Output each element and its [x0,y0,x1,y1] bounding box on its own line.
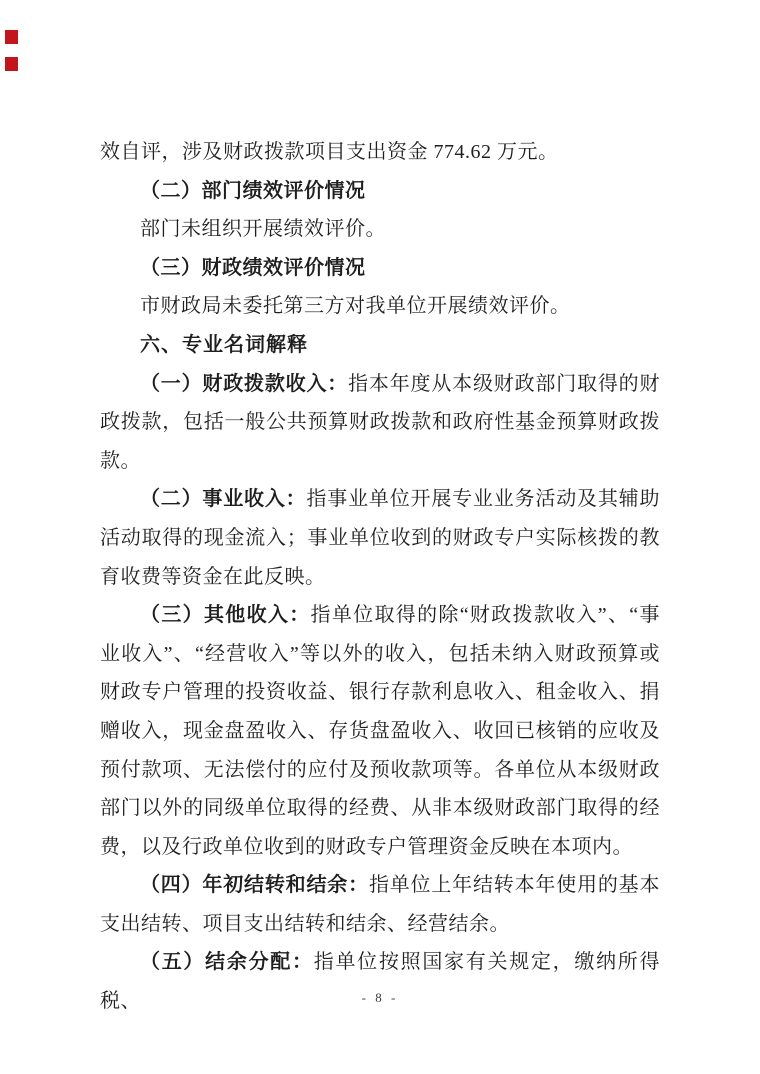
red-annotation-mark [5,30,18,44]
paragraph-body: 效自评，涉及财政拨款项目支出资金 774.62 万元。 [100,133,660,172]
term-lead: （五）结余分配： [140,951,314,973]
page-number: - 8 - [0,990,760,1006]
paragraph-term: （二）事业收入：指事业单位开展专业业务活动及其辅助活动取得的现金流入；事业单位收… [100,480,660,596]
paragraph-body: 部门未组织开展绩效评价。 [100,210,660,249]
red-annotation-mark [5,57,18,71]
term-lead: （二）事业收入： [140,488,307,510]
paragraph-term: （四）年初结转和结余：指单位上年结转本年使用的基本支出结转、项目支出结转和结余、… [100,866,660,943]
term-lead: （一）财政拨款收入： [140,373,348,395]
term-lead: （四）年初结转和结余： [140,874,369,896]
paragraph-term: （三）其他收入：指单位取得的除“财政拨款收入”、“事业收入”、“经营收入”等以外… [100,596,660,866]
paragraph-term: （五）结余分配：指单位按照国家有关规定，缴纳所得税、 [100,943,660,1020]
term-lead: （三）其他收入： [140,604,311,626]
paragraph-heading2: （二）部门绩效评价情况 [100,172,660,211]
document-page: 效自评，涉及财政拨款项目支出资金 774.62 万元。（二）部门绩效评价情况部门… [0,0,760,1074]
paragraph-body: 市财政局未委托第三方对我单位开展绩效评价。 [100,287,660,326]
paragraph-term: （一）财政拨款收入：指本年度从本级财政部门取得的财政拨款，包括一般公共预算财政拨… [100,365,660,481]
document-body: 效自评，涉及财政拨款项目支出资金 774.62 万元。（二）部门绩效评价情况部门… [100,133,660,1021]
paragraph-heading2: （三）财政绩效评价情况 [100,249,660,288]
paragraph-heading1: 六、专业名词解释 [100,326,660,365]
term-definition: 指单位取得的除“财政拨款收入”、“事业收入”、“经营收入”等以外的收入，包括未纳… [100,604,660,858]
